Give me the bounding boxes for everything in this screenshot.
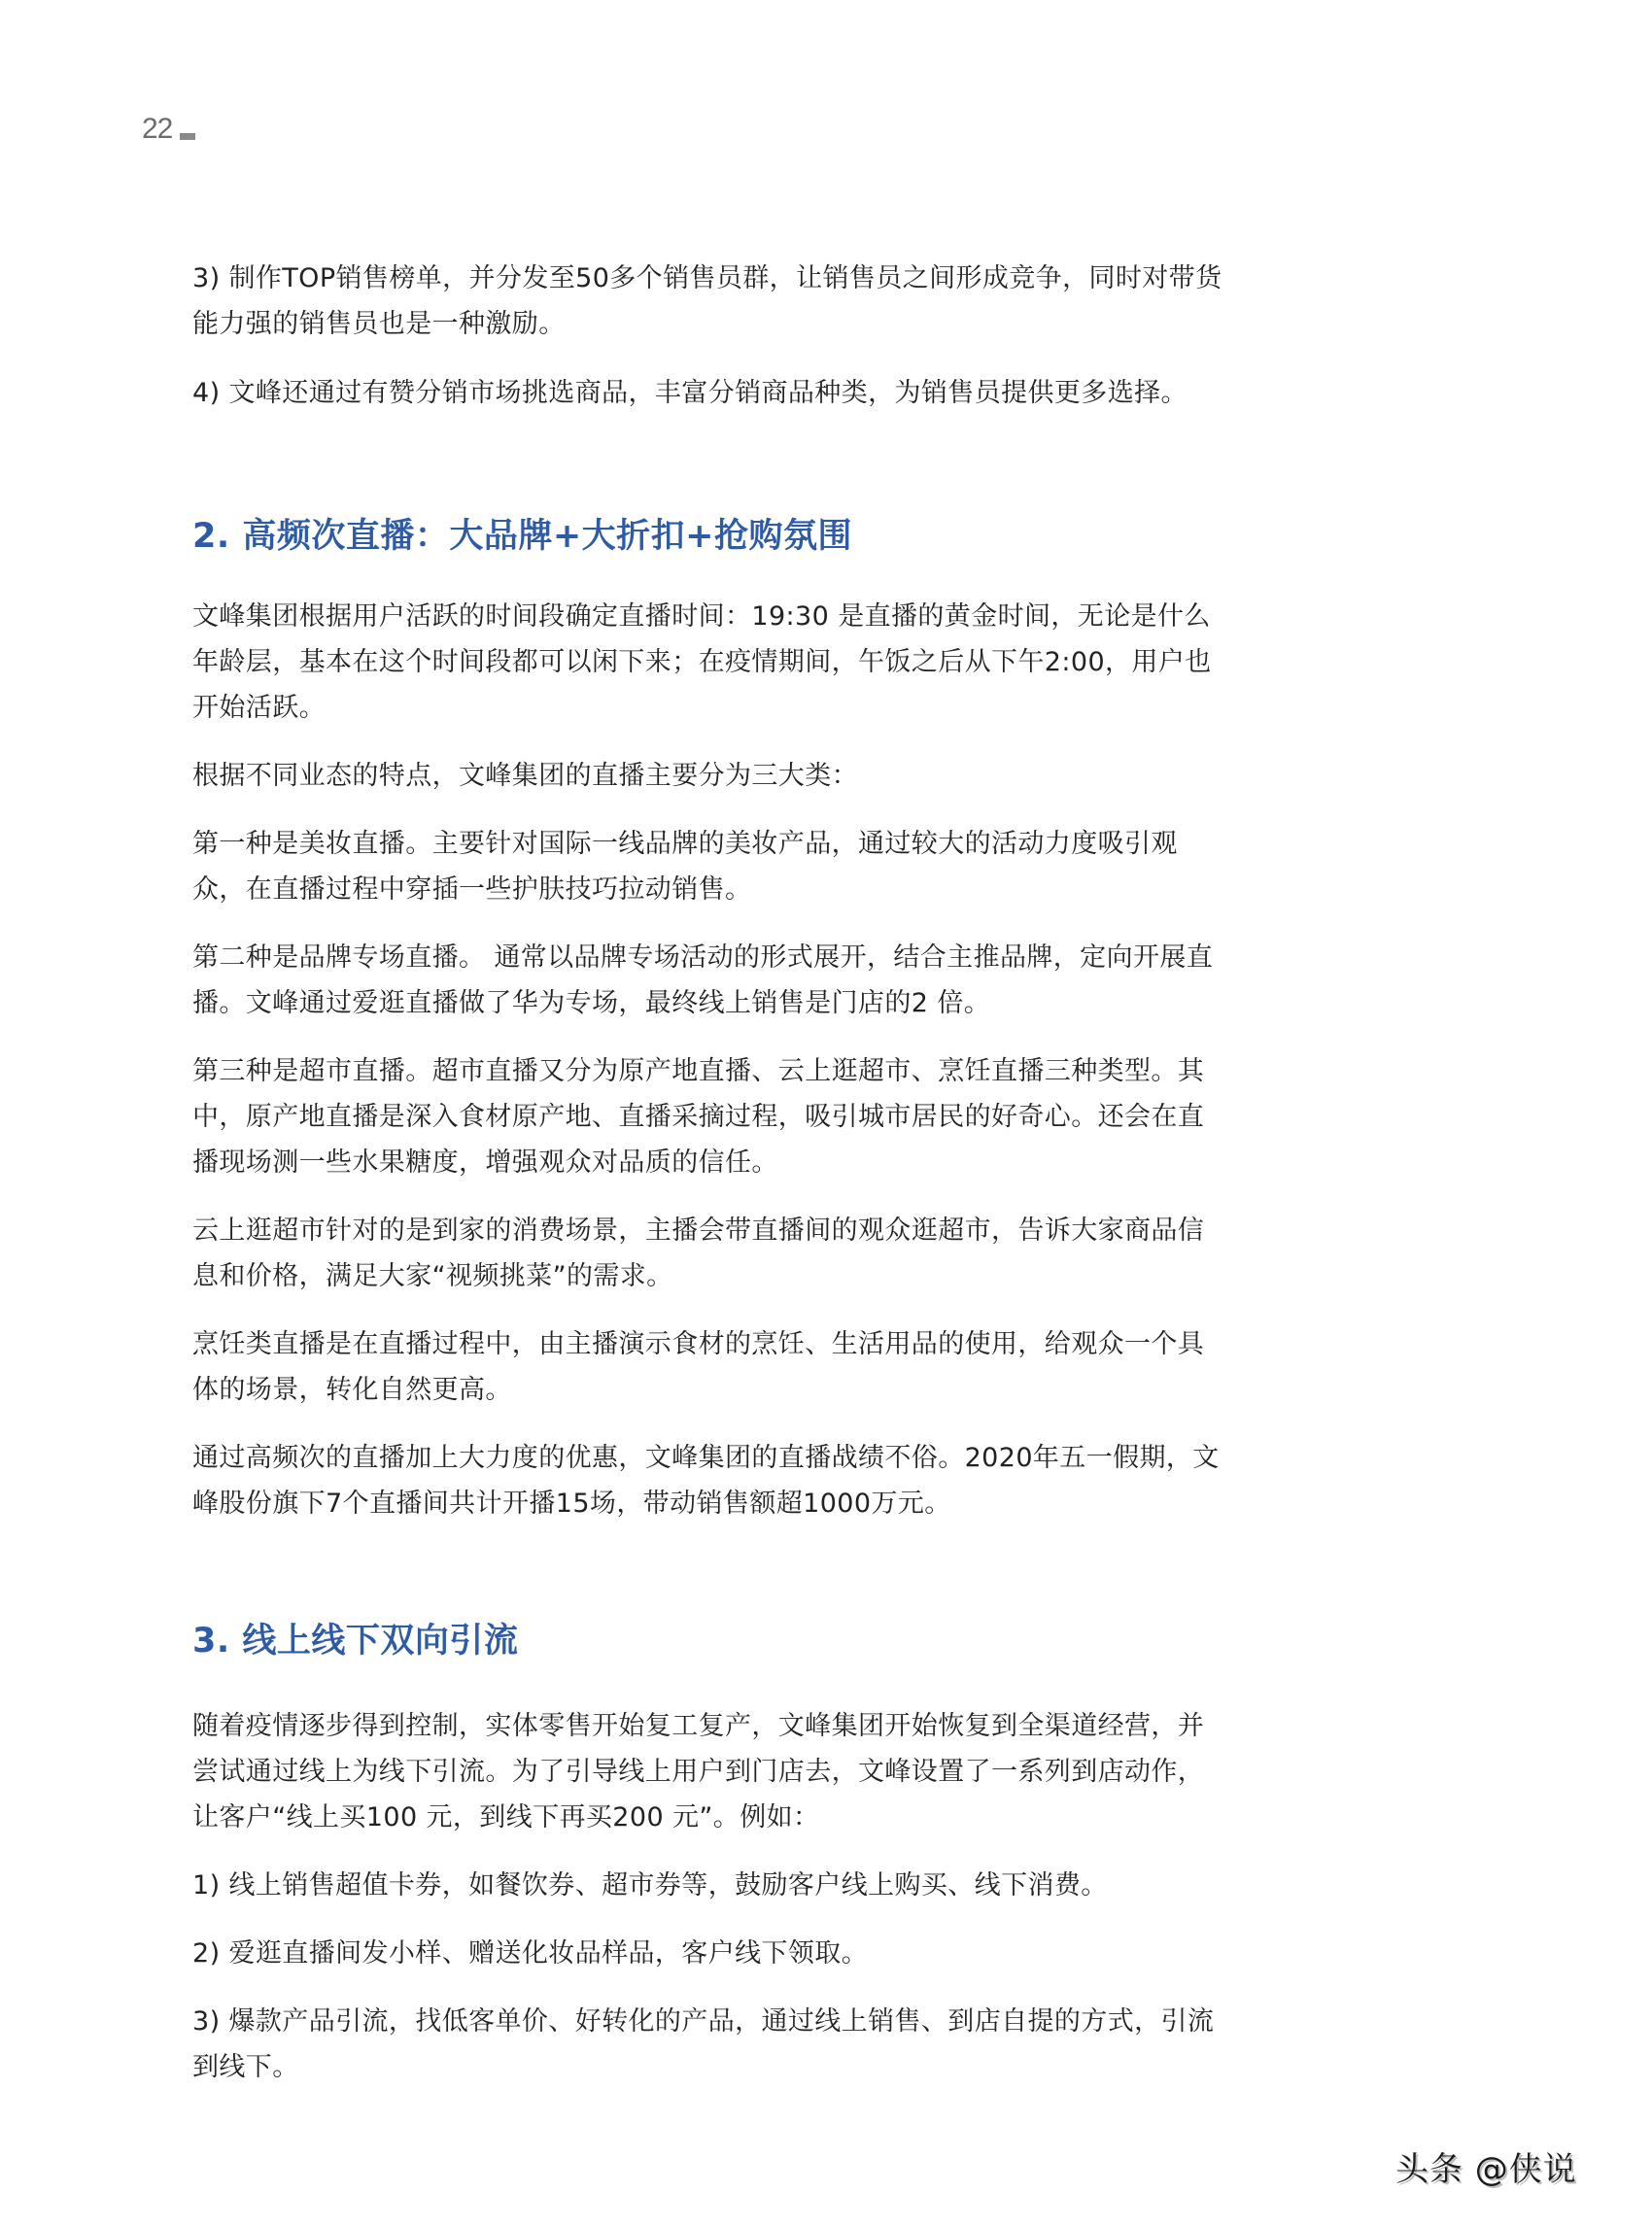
list-item: 3) 制作TOP销售榜单，并分发至50多个销售员群，让销售员之间形成竞争，同时对… (192, 256, 1222, 347)
paragraph: 第二种是品牌专场直播。 通常以品牌专场活动的形式展开，结合主推品牌，定向开展直播… (192, 935, 1222, 1026)
paragraph: 通过高频次的直播加上大力度的优惠，文峰集团的直播战绩不俗。2020年五一假期，文… (192, 1435, 1222, 1526)
paragraph: 根据不同业态的特点，文峰集团的直播主要分为三大类： (192, 753, 1222, 799)
paragraph: 随着疫情逐步得到控制，实体零售开始复工复产，文峰集团开始恢复到全渠道经营，并尝试… (192, 1703, 1222, 1840)
section-heading: 3. 线上线下双向引流 (192, 1620, 518, 1662)
list-item: 4) 文峰还通过有赞分销市场挑选商品，丰富分销商品种类，为销售员提供更多选择。 (192, 370, 1222, 416)
list-item: 2) 爱逛直播间发小样、赠送化妆品样品，客户线下领取。 (192, 1931, 1222, 1976)
section-heading: 2. 高频次直播：大品牌+大折扣+抢购氛围 (192, 515, 852, 558)
paragraph: 烹饪类直播是在直播过程中，由主播演示食材的烹饪、生活用品的使用，给观众一个具体的… (192, 1321, 1222, 1413)
list-item: 1) 线上销售超值卡券，如餐饮券、超市券等，鼓励客户线上购买、线下消费。 (192, 1863, 1222, 1908)
paragraph: 第三种是超市直播。超市直播又分为原产地直播、云上逛超市、烹饪直播三种类型。其中，… (192, 1048, 1222, 1185)
list-item: 3) 爆款产品引流，找低客单价、好转化的产品，通过线上销售、到店自提的方式，引流… (192, 1999, 1222, 2090)
page-number-bar (180, 133, 195, 140)
watermark: 头条 @侠说 (1395, 2142, 1577, 2190)
paragraph: 文峰集团根据用户活跃的时间段确定直播时间：19:30 是直播的黄金时间，无论是什… (192, 594, 1222, 731)
paragraph: 云上逛超市针对的是到家的消费场景，主播会带直播间的观众逛超市，告诉大家商品信息和… (192, 1208, 1222, 1299)
paragraph: 第一种是美妆直播。主要针对国际一线品牌的美妆产品，通过较大的活动力度吸引观众，在… (192, 821, 1222, 912)
page-number: 22 (142, 113, 172, 146)
